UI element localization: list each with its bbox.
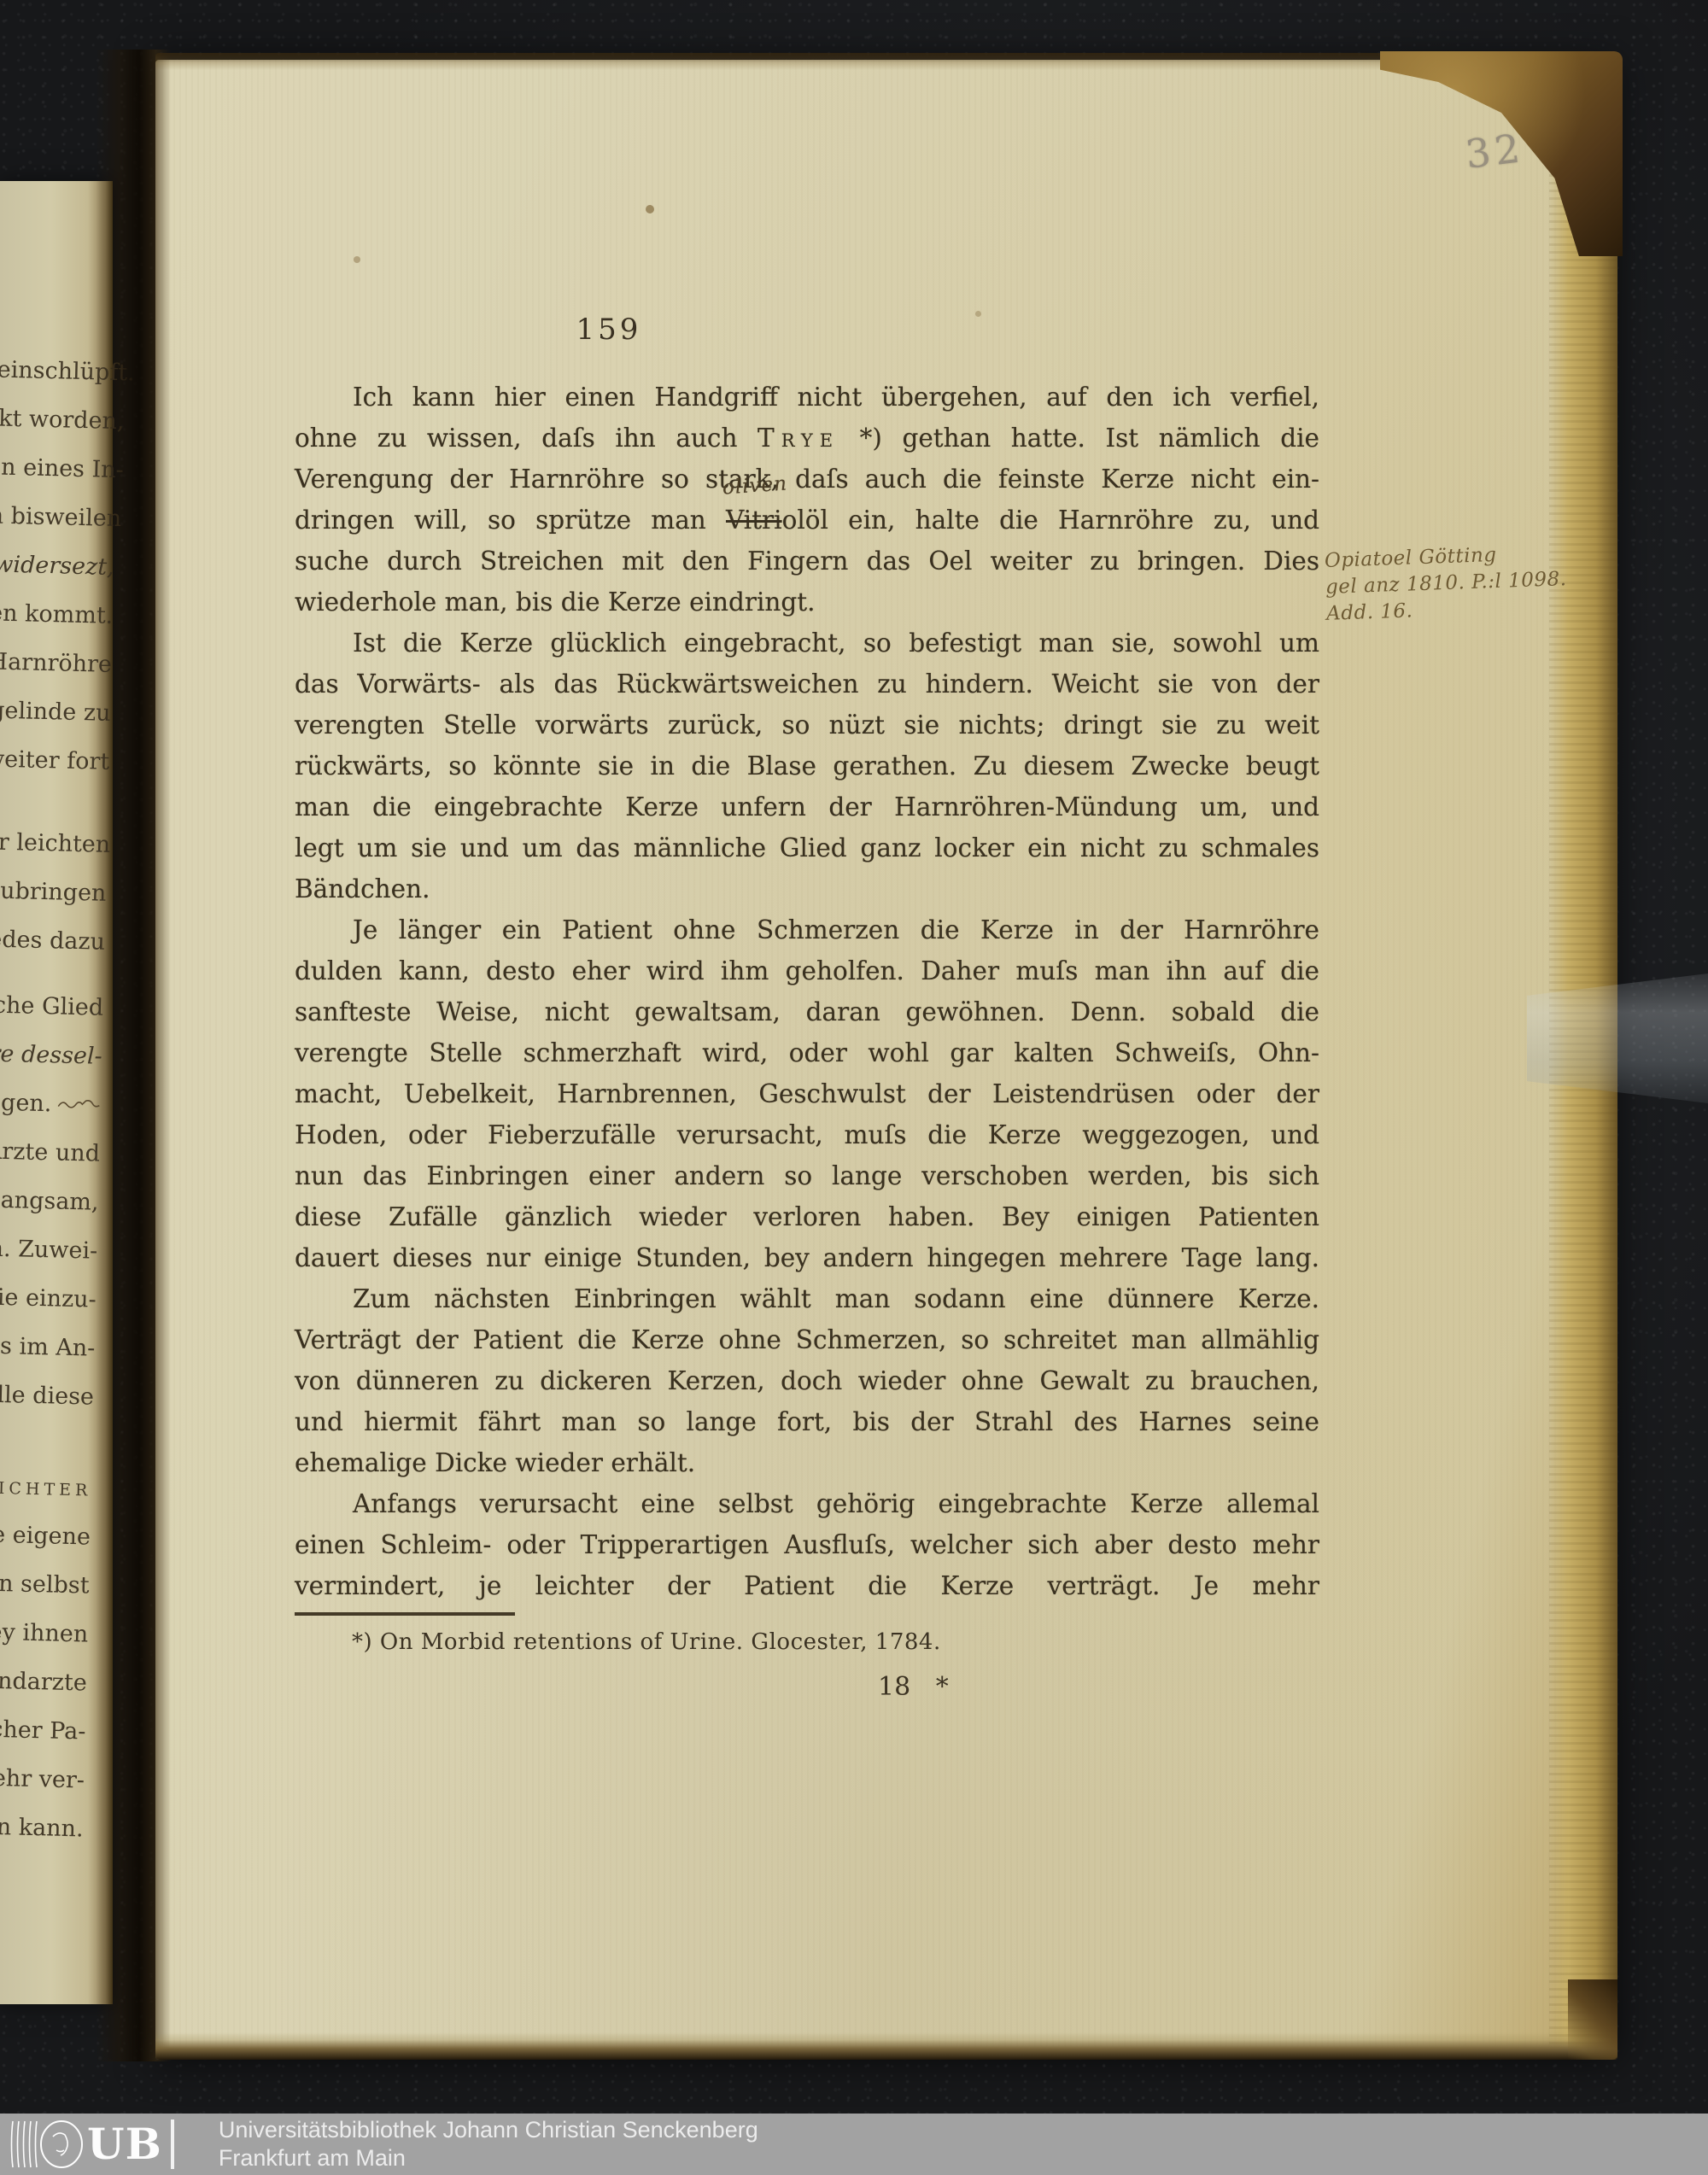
handwritten-word-annotation: oliven [722,474,787,498]
left-fragment-line: nancher Pa- [0,1704,86,1757]
text-line: von dünneren zu dickeren Kerzen, doch wi… [295,1360,1319,1401]
book-gutter-shadow [96,50,171,2061]
paragraph: Ist die Kerze glücklich eingebracht, so … [295,623,1319,909]
left-fragment-line: Gliedes dazu [0,914,106,967]
ub-logo-text: UB [87,2119,162,2169]
left-fragment-line: ougie einzu- [0,1272,97,1324]
left-fragment-line: t es im An- [0,1320,96,1373]
library-info: Universitätsbibliothek Johann Christian … [219,2116,758,2172]
left-fragment-line: rst langsam, [0,1174,99,1227]
left-fragment-line: ch gelinde zu [0,685,111,738]
text-line: verengten Stelle vorwärts zurück, so nüz… [295,705,1319,745]
text-line: sanfteste Weise, nicht gewaltsam, daran … [295,991,1319,1032]
footnote: *) On Morbid retentions of Urine. Gloces… [352,1629,941,1655]
text-line: rückwärts, so könnte sie in die Blase ge… [295,745,1319,786]
text-line: Anfangs verursacht eine selbst gehörig e… [295,1483,1319,1524]
page-stain [975,311,981,317]
left-fragment-line: en. Zuwei- [0,1223,98,1276]
transparent-page-holder [1527,973,1708,1103]
signature-mark: 18 * [878,1672,949,1702]
left-fragment-line: öhre dessel- [0,1028,102,1081]
left-fragment-line: Wundarzte [0,1655,87,1708]
text-line: Ist die Kerze glücklich eingebracht, so … [295,623,1319,664]
text-line: dauert dieses nur einige Stunden, bey an… [295,1237,1319,1278]
left-fragment-line: lb sehr ver- [0,1752,85,1805]
paragraph: Ich kann hier einen Handgriff nicht über… [295,377,1319,623]
ub-logo: UB [9,2119,174,2169]
left-fragment-line: erden kann. [0,1801,84,1854]
left-fragment-line: s bey ihnen [0,1606,89,1659]
text-line: diese Zufälle gänzlich wieder verloren h… [295,1196,1319,1237]
page-stain [646,205,654,213]
paragraph: Zum nächsten Einbringen wählt man sodann… [295,1278,1319,1483]
left-fragment-line: nliche Glied [0,979,104,1032]
left-fragment-line: enten selbst [0,1558,90,1611]
text-line: Bändchen. [295,868,1319,909]
text-line: vermindert, je leichter der Patient die … [295,1565,1319,1606]
text-line: und hiermit fährt man so lange fort, bis… [295,1401,1319,1442]
library-banner: UB Universitätsbibliothek Johann Christi… [0,2114,1708,2175]
printed-page-number: 159 [553,313,664,347]
text-line: Verträgt der Patient die Kerze ohne Schm… [295,1319,1319,1360]
left-fragment-line: Arzte und [0,1126,101,1178]
text-block: Ich kann hier einen Handgriff nicht über… [295,377,1319,1606]
page-bottom-edge [155,2032,1617,2060]
text-line: das Vorwärts- als das Rückwärtsweichen z… [295,664,1319,705]
handwritten-margin-note: Opiatoel Götting gel anz 1810. P.:l 1098… [1324,538,1617,628]
left-fragment-line: er weiter fort [0,734,110,786]
left-fragment-line: gen. [0,1077,102,1130]
text-line: dulden kann, desto eher wird ihm geholfe… [295,950,1319,991]
text-line: Ich kann hier einen Handgriff nicht über… [295,377,1319,418]
damaged-corner-bottom [1568,1979,1617,2060]
paragraph: Anfangs verursacht eine selbst gehörig e… [295,1483,1319,1606]
text-line: ehemalige Dicke wieder erhält. [295,1442,1319,1483]
left-fragment-line: Richter [0,1460,92,1513]
text-line: Je länger ein Patient ohne Schmerzen die… [295,909,1319,950]
footnote-rule [295,1612,515,1616]
pencil-page-number: 32 [1463,125,1527,178]
text-line: dringen will, so sprütze man Vitrioliven… [295,500,1319,541]
text-line: Zum nächsten Einbringen wählt man sodann… [295,1278,1319,1319]
text-line: wiederhole man, bis die Kerze eindringt. [295,582,1319,623]
left-fragment-line: nge eigene [0,1509,91,1562]
text-line: Hoden, oder Fieberzufälle verursacht, mu… [295,1114,1319,1155]
left-fragment-line: einer leichten [0,816,108,869]
handwritten-scribble-icon [56,1097,101,1114]
text-line: verengte Stelle schmerzhaft wird, oder w… [295,1032,1319,1073]
text-line: Verengung der Harnröhre so stark, daſs a… [295,459,1319,500]
text-line: ohne zu wissen, daſs ihn auch Trye *) ge… [295,418,1319,459]
text-line: legt um sie und um das männliche Glied g… [295,827,1319,868]
text-line: nun das Einbringen einer andern so lange… [295,1155,1319,1196]
page-stain [354,256,360,263]
text-line: man die eingebrachte Kerze unfern der Ha… [295,786,1319,827]
text-line: suche durch Streichen mit den Fingern da… [295,541,1319,582]
left-fragment-line: einzubringen [0,865,107,918]
library-location: Frankfurt am Main [219,2144,758,2172]
text-line: einen Schleim- oder Tripperartigen Ausfl… [295,1524,1319,1565]
left-fragment-line: ch alle diese [0,1369,95,1422]
library-name: Universitätsbibliothek Johann Christian … [219,2116,758,2144]
text-line: macht, Uebelkeit, Harnbrennen, Geschwuls… [295,1073,1319,1114]
paragraph: Je länger ein Patient ohne Schmerzen die… [295,909,1319,1278]
ub-logo-icon [9,2119,94,2169]
